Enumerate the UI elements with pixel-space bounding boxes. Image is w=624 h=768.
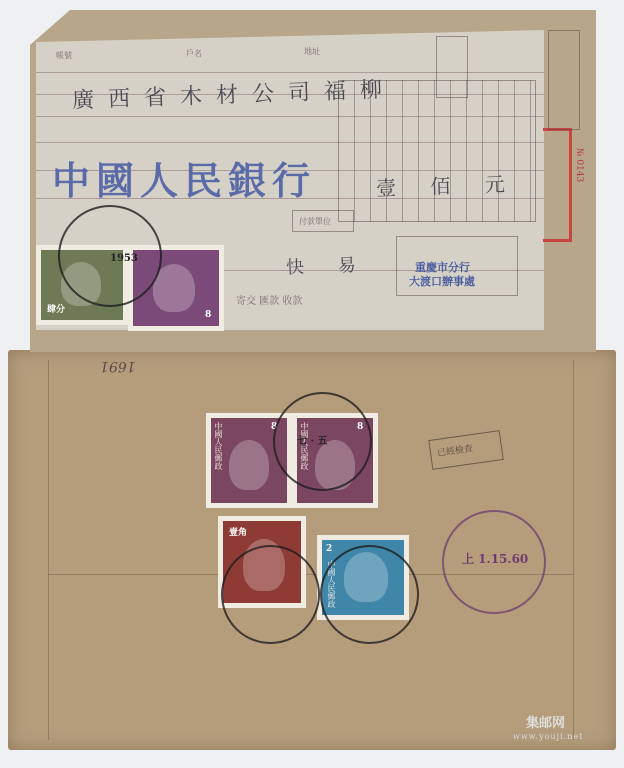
red-serial-bracket (543, 128, 572, 242)
form-box (436, 36, 468, 98)
postmark-black (320, 545, 419, 644)
footer-handwritten: 快 易 (286, 251, 371, 280)
handwritten-amount: 壹 佰 元 (376, 168, 520, 202)
branch-box: 重慶市分行 大渡口辦事處 (396, 236, 518, 296)
form-side-box (548, 30, 580, 130)
postmark-purple: 上 1.15.60 (442, 510, 546, 614)
handwritten-number: 1691 (100, 358, 136, 374)
watermark-logo: 集邮网 (526, 712, 565, 731)
postmark-black: 七 · 五 (273, 392, 372, 491)
watermark-url: www.youji.net (513, 732, 583, 741)
postmark-black: 1953 (58, 205, 162, 307)
footer-printed: 寄交 匯款 收款 (236, 292, 302, 307)
bottom-envelope: 1691 8 中國人民郵政 8 中國人民郵政 七 · 五 壹角 2 中國人民郵政 (8, 350, 616, 750)
envelope-fold-line (573, 360, 574, 740)
label-account: 帳號 (56, 50, 72, 61)
label-address: 地址 (304, 46, 320, 57)
bank-name: 中國人民銀行 (52, 150, 316, 205)
envelope-fold-line (48, 360, 49, 740)
label-name: 戶名 (186, 48, 202, 59)
payer-box: 付款單位 (292, 210, 354, 232)
red-serial-number: № 0143 (574, 148, 584, 182)
rect-cancel-mark: 已經檢查 (428, 430, 503, 470)
postmark-black (221, 545, 320, 644)
